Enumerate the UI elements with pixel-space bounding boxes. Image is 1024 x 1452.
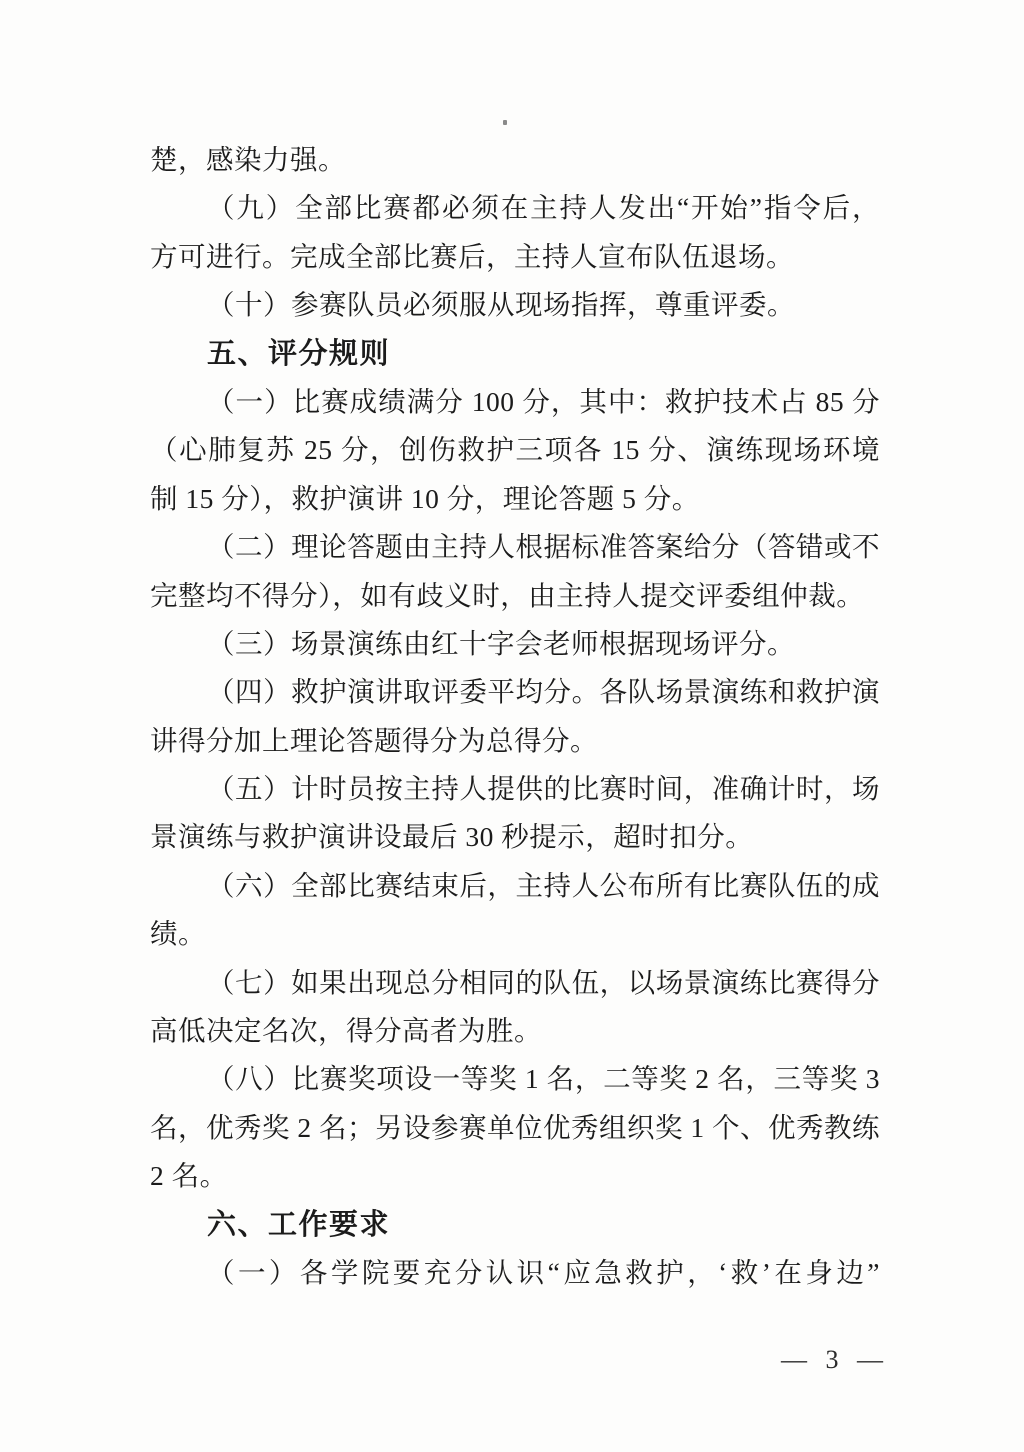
text-line: 讲得分加上理论答题得分为总得分。	[150, 717, 880, 765]
text-line: 高低决定名次，得分高者为胜。	[150, 1007, 880, 1055]
text-line: 2 名。	[150, 1152, 880, 1200]
section-heading: 五、评分规则	[150, 330, 880, 378]
text-line: （七）如果出现总分相同的队伍，以场景演练比赛得分	[150, 959, 880, 1007]
text-line: （一）各学院要充分认识“应急救护，‘救’在身边”	[150, 1249, 880, 1297]
text-line: 楚，感染力强。	[150, 136, 880, 184]
text-line: （十）参赛队员必须服从现场指挥，尊重评委。	[150, 281, 880, 329]
text-line: 完整均不得分），如有歧义时，由主持人提交评委组仲裁。	[150, 572, 880, 620]
page-number: — 3 —	[770, 1345, 900, 1375]
text-line: （一）比赛成绩满分 100 分，其中：救护技术占 85 分	[150, 378, 880, 426]
text-line: （三）场景演练由红十字会老师根据现场评分。	[150, 620, 880, 668]
text-line: （心肺复苏 25 分，创伤救护三项各 15 分、演练现场环境控	[150, 426, 880, 474]
text-line: 制 15 分），救护演讲 10 分，理论答题 5 分。	[150, 475, 880, 523]
text-line: （二）理论答题由主持人根据标准答案给分（答错或不	[150, 523, 880, 571]
text-line: 景演练与救护演讲设最后 30 秒提示，超时扣分。	[150, 813, 880, 861]
scan-speck	[503, 120, 507, 125]
text-line: （五）计时员按主持人提供的比赛时间，准确计时，场	[150, 765, 880, 813]
text-line: （六）全部比赛结束后，主持人公布所有比赛队伍的成	[150, 862, 880, 910]
text-line: （八）比赛奖项设一等奖 1 名，二等奖 2 名，三等奖 3	[150, 1055, 880, 1103]
text-line: （九）全部比赛都必须在主持人发出“开始”指令后，	[150, 184, 880, 232]
text-line: 方可进行。完成全部比赛后，主持人宣布队伍退场。	[150, 233, 880, 281]
text-line: 绩。	[150, 910, 880, 958]
text-line: （四）救护演讲取评委平均分。各队场景演练和救护演	[150, 668, 880, 716]
text-line: 名，优秀奖 2 名；另设参赛单位优秀组织奖 1 个、优秀教练	[150, 1104, 880, 1152]
section-heading: 六、工作要求	[150, 1201, 880, 1249]
document-body: 楚，感染力强。（九）全部比赛都必须在主持人发出“开始”指令后，方可进行。完成全部…	[150, 136, 880, 1297]
document-page: 楚，感染力强。（九）全部比赛都必须在主持人发出“开始”指令后，方可进行。完成全部…	[0, 0, 1024, 1452]
